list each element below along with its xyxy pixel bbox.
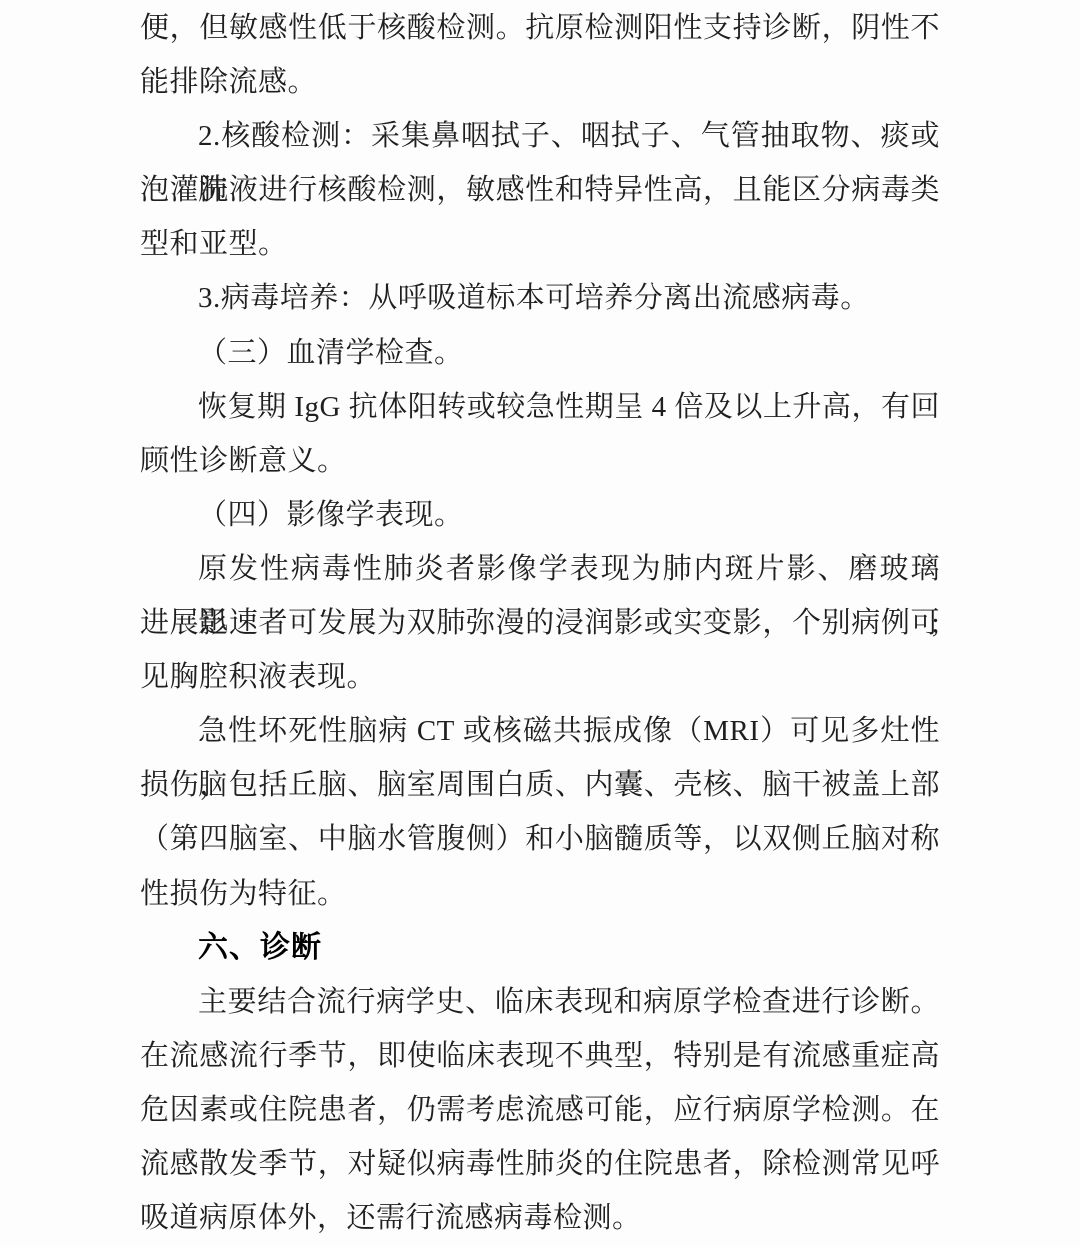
document-text-block: 便，但敏感性低于核酸检测。抗原检测阳性支持诊断，阴性不能排除流感。2.核酸检测：…: [140, 1, 940, 1245]
text-line: 原发性病毒性肺炎者影像学表现为肺内斑片影、磨玻璃影;: [140, 542, 940, 596]
text-line: （三）血清学检查。: [140, 326, 940, 380]
text-line: 在流感流行季节，即使临床表现不典型，特别是有流感重症高: [140, 1029, 940, 1083]
text-line: 顾性诊断意义。: [140, 434, 940, 488]
text-line: 见胸腔积液表现。: [140, 650, 940, 704]
text-line: 恢复期 IgG 抗体阳转或较急性期呈 4 倍及以上升高，有回: [140, 380, 940, 434]
text-line: 吸道病原体外，还需行流感病毒检测。: [140, 1191, 940, 1245]
text-line: （四）影像学表现。: [140, 488, 940, 542]
text-line: 危因素或住院患者，仍需考虑流感可能，应行病原学检测。在: [140, 1083, 940, 1137]
text-line: 进展迅速者可发展为双肺弥漫的浸润影或实变影，个别病例可: [140, 596, 940, 650]
document-page: 便，但敏感性低于核酸检测。抗原检测阳性支持诊断，阴性不能排除流感。2.核酸检测：…: [0, 0, 1080, 1247]
text-line: 2.核酸检测：采集鼻咽拭子、咽拭子、气管抽取物、痰或肺: [140, 109, 940, 163]
text-line: 主要结合流行病学史、临床表现和病原学检查进行诊断。: [140, 975, 940, 1029]
text-line: 泡灌洗液进行核酸检测，敏感性和特异性高，且能区分病毒类: [140, 163, 940, 217]
text-line: 型和亚型。: [140, 217, 940, 271]
text-line: 性损伤为特征。: [140, 867, 940, 921]
text-line: 能排除流感。: [140, 55, 940, 109]
text-line: 3.病毒培养：从呼吸道标本可培养分离出流感病毒。: [140, 271, 940, 325]
section-heading: 六、诊断: [140, 921, 940, 975]
text-line: 便，但敏感性低于核酸检测。抗原检测阳性支持诊断，阴性不: [140, 1, 940, 55]
text-line: 流感散发季节，对疑似病毒性肺炎的住院患者，除检测常见呼: [140, 1137, 940, 1191]
text-line: （第四脑室、中脑水管腹侧）和小脑髓质等，以双侧丘脑对称: [140, 812, 940, 866]
text-line: 损伤，包括丘脑、脑室周围白质、内囊、壳核、脑干被盖上部: [140, 758, 940, 812]
text-line: 急性坏死性脑病 CT 或核磁共振成像（MRI）可见多灶性脑: [140, 704, 940, 758]
